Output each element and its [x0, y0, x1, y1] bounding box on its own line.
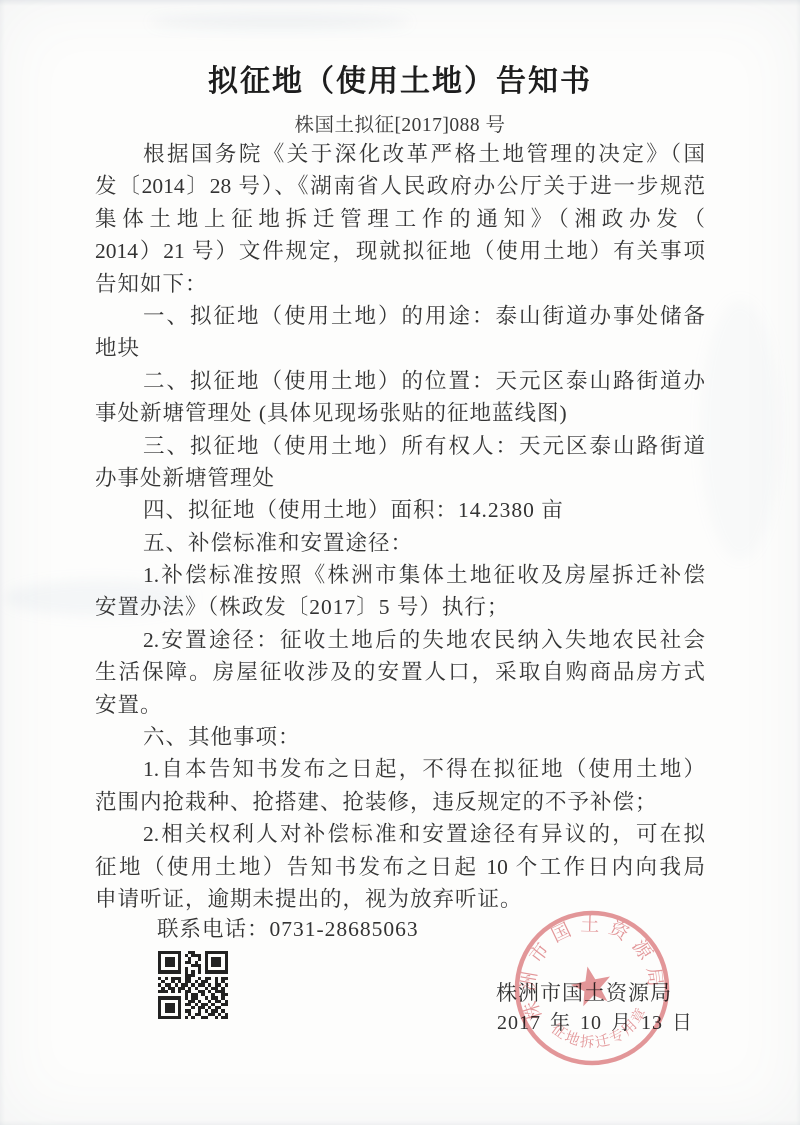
document-body: 根据国务院《关于深化改革严格土地管理的决定》（国发〔2014〕28 号）、《湖南…	[95, 138, 705, 915]
doc-line: 安置办法》（株政发〔2017〕5 号）执行；	[95, 591, 705, 623]
doc-line: 范围内抢栽种、抢搭建、抢装修，违反规定的不予补偿；	[95, 786, 705, 818]
doc-line: 1.补偿标准按照《株洲市集体土地征收及房屋拆迁补偿	[95, 559, 705, 591]
doc-line: 一、拟征地（使用土地）的用途：泰山街道办事处储备	[95, 300, 705, 332]
doc-line: 2.安置途径：征收土地后的失地农民纳入失地农民社会	[95, 624, 705, 656]
qr-module	[225, 1016, 228, 1019]
scan-smudge	[700, 300, 780, 560]
doc-line: 2.相关权利人对补偿标准和安置途径有异议的，可在拟	[95, 818, 705, 850]
scan-smudge	[150, 14, 410, 30]
doc-line: 申请听证，逾期未提出的，视为放弃听证。	[95, 883, 705, 915]
doc-line: 告知如下：	[95, 268, 705, 300]
doc-line: 安置。	[95, 689, 705, 721]
document-number: 株国土拟征[2017]088 号	[0, 109, 800, 137]
scanned-notice-page: 拟征地（使用土地）告知书 株国土拟征[2017]088 号 根据国务院《关于深化…	[0, 0, 800, 1125]
issuer-name: 株洲市国土资源局	[496, 977, 672, 1007]
doc-line: 1.自本告知书发布之日起，不得在拟征地（使用土地）	[95, 753, 705, 785]
doc-line: 二、拟征地（使用土地）的位置：天元区泰山路街道办	[95, 365, 705, 397]
doc-line: 2014）21 号）文件规定，现就拟征地（使用土地）有关事项	[95, 235, 705, 267]
doc-line: 集体土地上征地拆迁管理工作的通知》（湘政办发（	[95, 203, 705, 235]
doc-line: 三、拟征地（使用土地）所有权人：天元区泰山路街道	[95, 430, 705, 462]
doc-line: 四、拟征地（使用土地）面积：14.2380 亩	[95, 494, 705, 526]
doc-line: 地块	[95, 332, 705, 364]
doc-line: 征地（使用土地）告知书发布之日起 10 个工作日内向我局	[95, 851, 705, 883]
issue-date: 2017 年 10 月 13 日	[497, 1006, 693, 1035]
qr-code	[158, 951, 228, 1019]
contact-phone-line: 联系电话：0731-28685063	[157, 913, 419, 945]
doc-line: 事处新塘管理处 (具体见现场张贴的征地蓝线图)	[95, 397, 705, 429]
doc-line: 生活保障。房屋征收涉及的安置人口，采取自购商品房方式	[95, 656, 705, 688]
doc-line: 办事处新塘管理处	[95, 462, 705, 494]
document-title: 拟征地（使用土地）告知书	[0, 56, 800, 100]
doc-line: 发〔2014〕28 号）、《湖南省人民政府办公厅关于进一步规范	[95, 170, 705, 202]
doc-line: 六、其他事项：	[95, 721, 705, 753]
doc-line: 根据国务院《关于深化改革严格土地管理的决定》（国	[95, 138, 705, 170]
doc-line: 五、补偿标准和安置途径：	[95, 527, 705, 559]
